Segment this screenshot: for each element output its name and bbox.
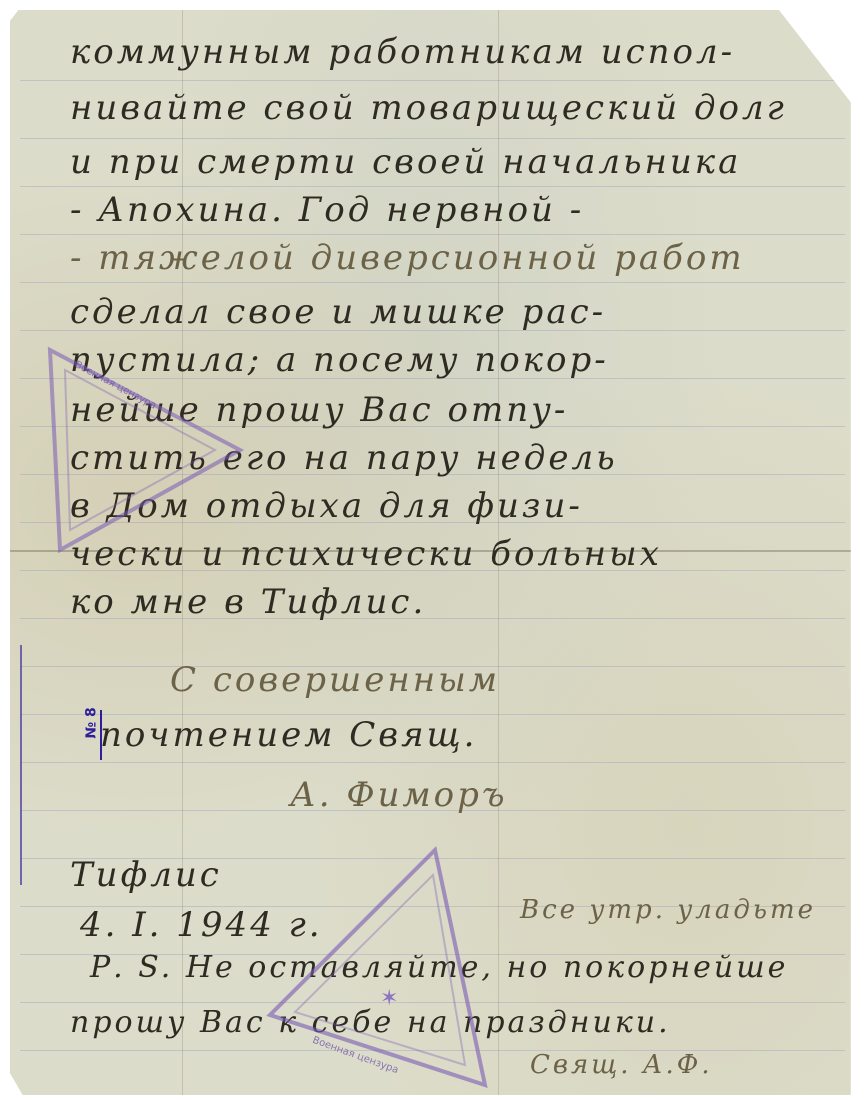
letter-line: ко мне в Тифлис. — [70, 582, 825, 622]
ruled-line — [20, 186, 845, 187]
signature: А. Фиморъ — [290, 775, 825, 815]
letter-line: коммунным работникам испол- — [70, 32, 825, 72]
letter-line: - тяжелой диверсионной работ — [70, 238, 825, 278]
ruled-line — [20, 138, 845, 139]
letter-line: нивайте свой товарищеский долг — [70, 88, 825, 128]
letter-line: и при смерти своей начальника — [70, 142, 825, 182]
margin-line — [20, 645, 22, 885]
letter-sheet: коммунным работникам испол- нивайте свой… — [10, 10, 855, 1095]
number-stamp: № 8 — [84, 707, 100, 738]
ruled-line — [20, 80, 845, 81]
censor-stamp-left — [20, 340, 250, 560]
closing-line: почтением Свящ. — [100, 715, 825, 755]
letter-line: сделал свое и мишке рас- — [70, 292, 825, 332]
side-note: Все утр. уладьте — [520, 895, 825, 925]
star-icon: ✶ — [380, 985, 398, 1011]
closing-line: С совершенным — [170, 660, 825, 700]
ruled-line — [20, 282, 845, 283]
stamp-bar — [100, 710, 102, 760]
letter-line: - Апохина. Год нервной - — [70, 190, 825, 230]
ruled-line — [20, 762, 845, 763]
bottom-note: Свящ. А.Ф. — [530, 1050, 825, 1080]
ruled-line — [20, 234, 845, 235]
